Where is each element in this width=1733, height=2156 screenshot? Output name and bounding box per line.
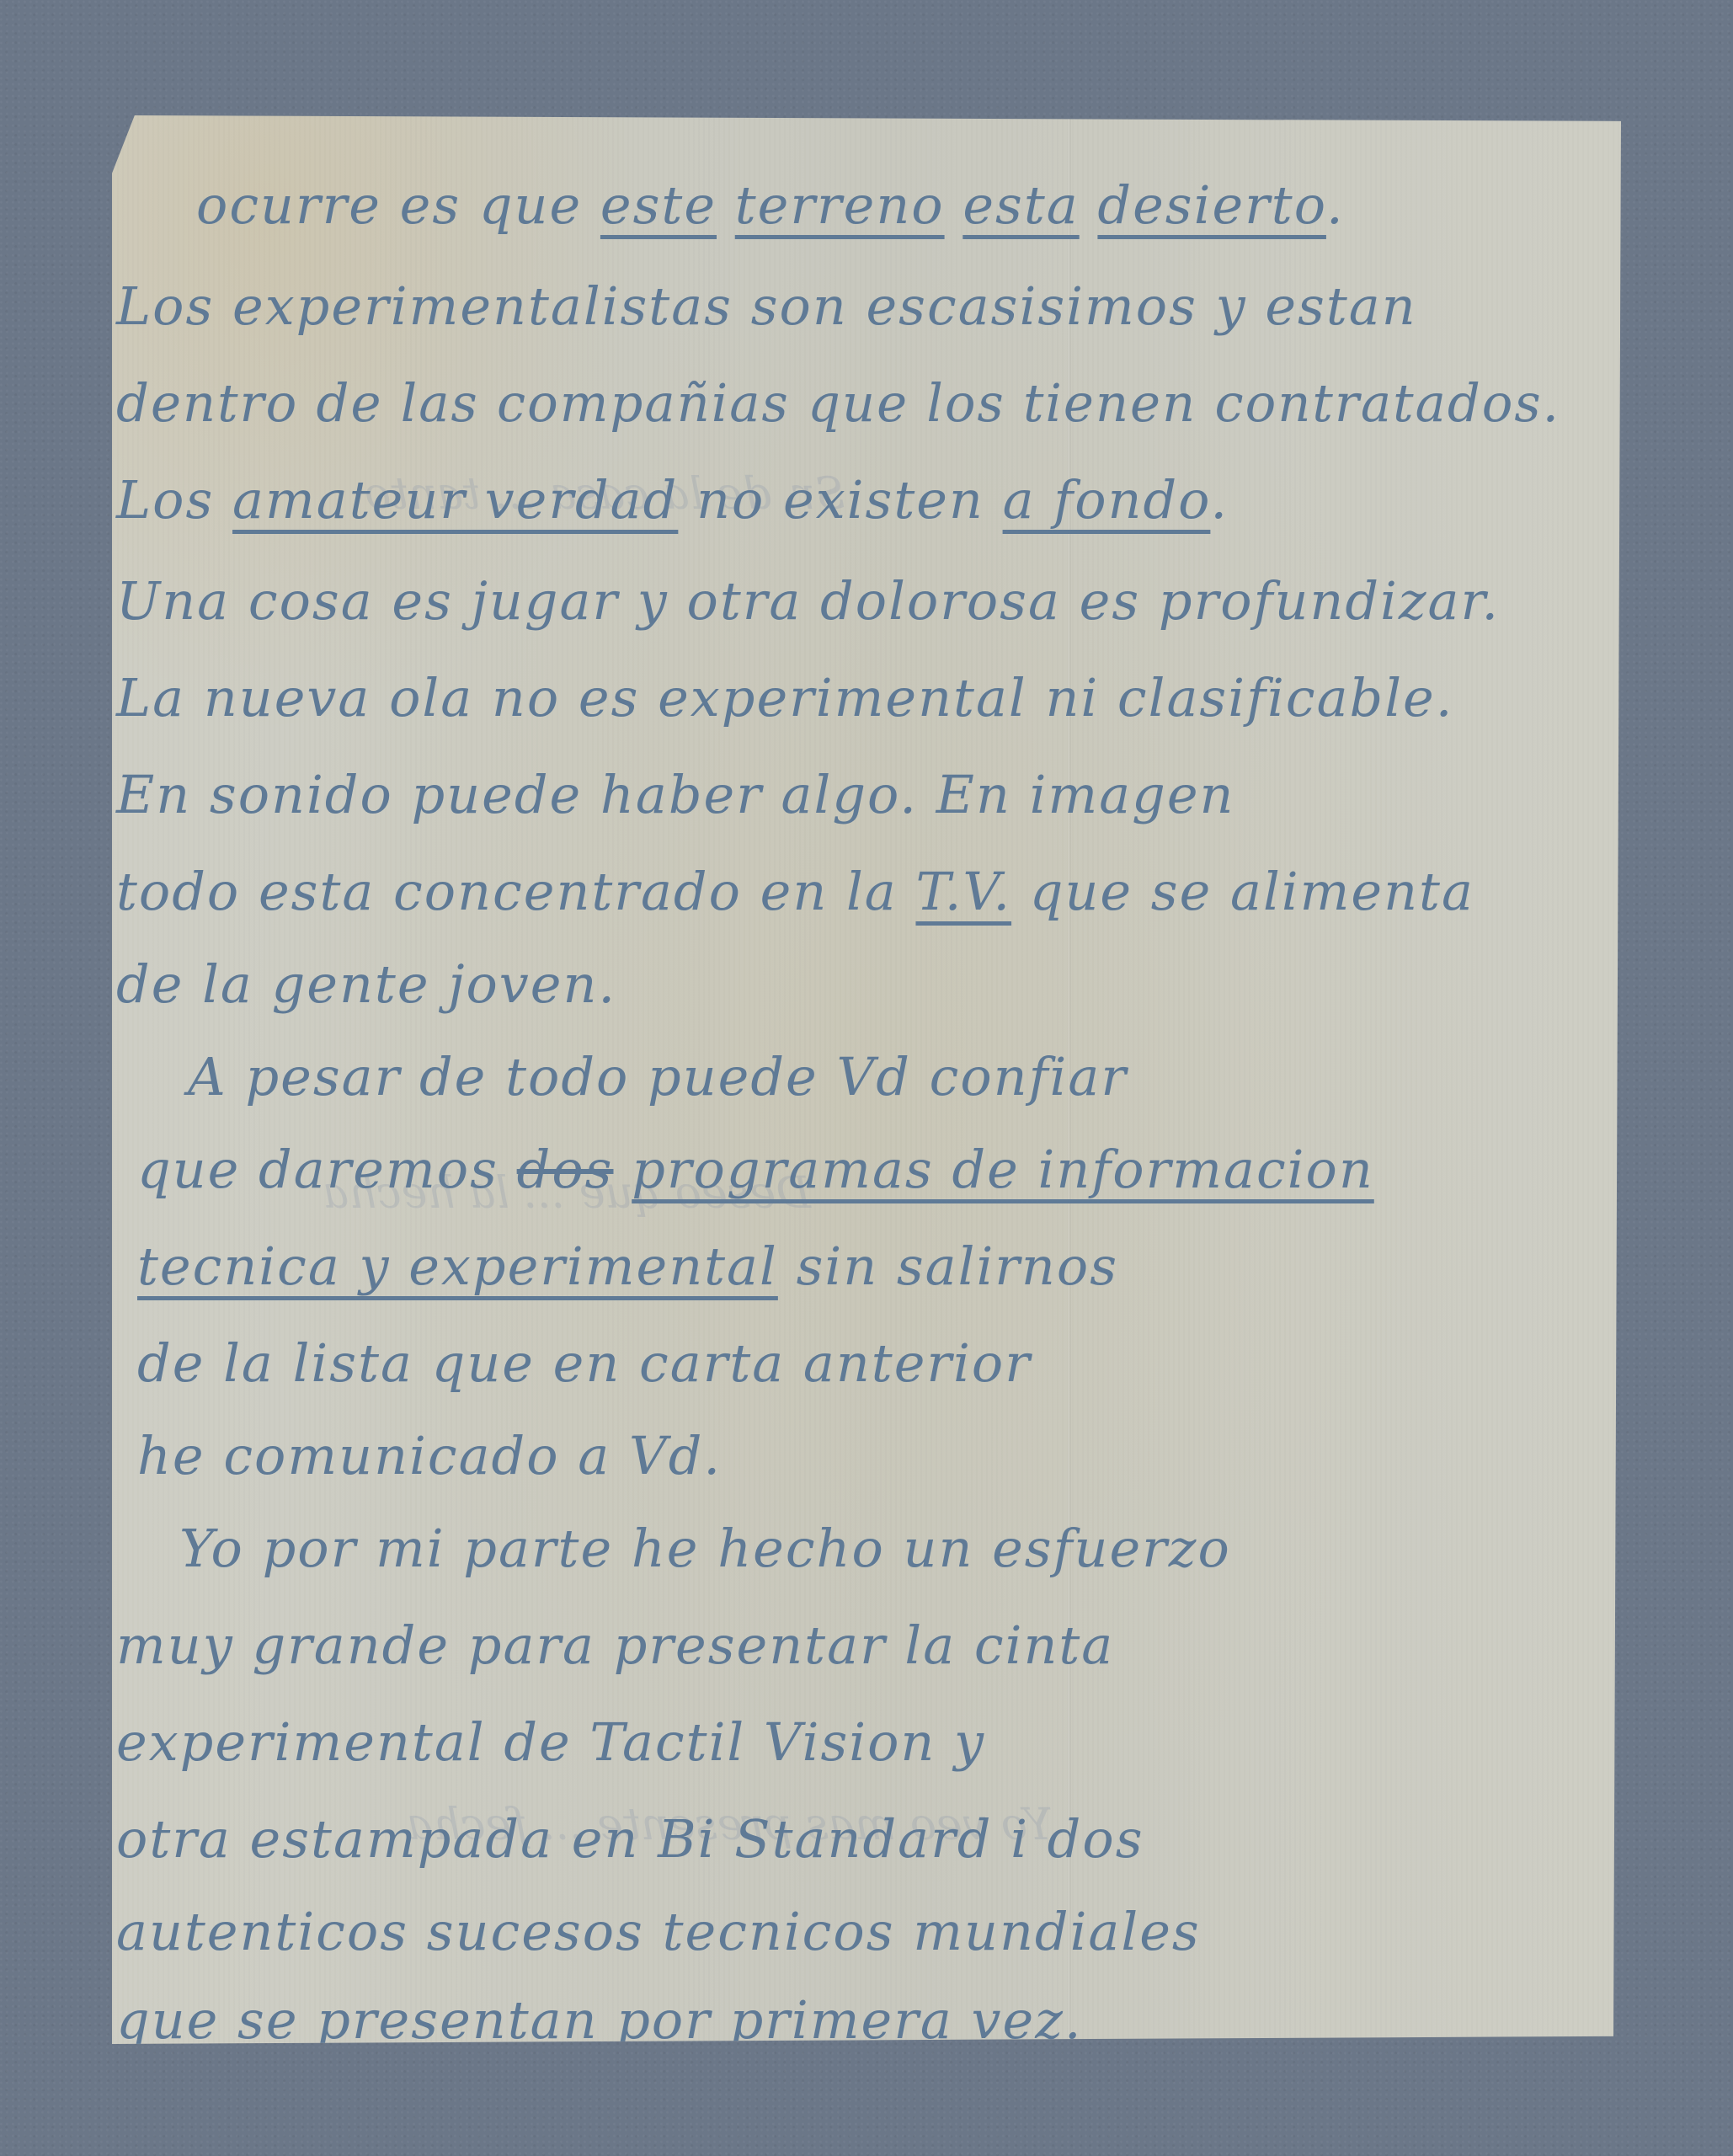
letter-line-20: que se presentan por primera vez.: [116, 1989, 1083, 2051]
letter-line-6: La nueva ola no es experimental ni clasi…: [116, 667, 1453, 728]
letter-line-13: de la lista que en carta anterior: [137, 1332, 1032, 1394]
letter-line-9: de la gente joven.: [116, 953, 616, 1015]
letter-line-14: he comunicado a Vd.: [137, 1425, 722, 1486]
letter-line-2: Los experimentalistas son escasisimos y …: [116, 275, 1417, 337]
letter-line-16: muy grande para presentar la cinta: [116, 1614, 1114, 1676]
letter-line-7: En sonido puede haber algo. En imagen: [116, 764, 1234, 825]
letter-line-19: autenticos sucesos tecnicos mundiales: [116, 1901, 1201, 1962]
letter-line-8: todo esta concentrado en la T.V. que se …: [116, 861, 1474, 922]
letter-page: Sr. de la casa ... tanto Deseo que ... l…: [112, 115, 1621, 2044]
letter-line-3: dentro de las compañias que los tienen c…: [116, 372, 1560, 434]
letter-line-1: ocurre es que este terreno esta desierto…: [196, 174, 1345, 236]
letter-line-18: otra estampada en Bi Standard i dos: [116, 1808, 1144, 1870]
letter-line-12: tecnica y experimental sin salirnos: [137, 1235, 1118, 1297]
letter-line-11: que daremos dos programas de informacion: [137, 1139, 1374, 1200]
letter-line-15: Yo por mi parte he hecho un esfuerzo: [179, 1518, 1231, 1579]
letter-line-5: Una cosa es jugar y otra dolorosa es pro…: [116, 570, 1500, 632]
letter-line-10: A pesar de todo puede Vd confiar: [188, 1046, 1128, 1107]
letter-line-17: experimental de Tactil Vision y: [116, 1711, 985, 1773]
letter-line-4: Los amateur verdad no existen a fondo.: [116, 469, 1229, 531]
